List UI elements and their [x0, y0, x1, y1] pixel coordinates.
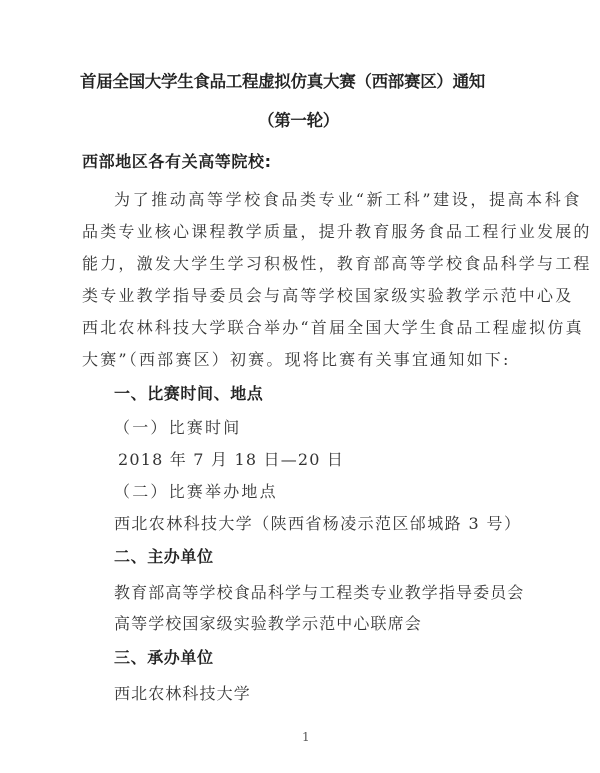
intro-line: 能力，激发大学生学习积极性，教育部高等学校食品科学与工程 [82, 254, 592, 274]
subsection-heading: （一）比赛时间 [114, 418, 241, 438]
intro-line: 西北农林科技大学联合举办“首届全国大学生食品工程虚拟仿真 [82, 318, 584, 338]
competition-venue: 西北农林科技大学（陕西省杨凌示范区邰城路 3 号） [114, 514, 521, 534]
intro-line: 品类专业核心课程教学质量，提升教育服务食品工程行业发展的 [82, 222, 592, 242]
host-item: 西北农林科技大学 [114, 684, 251, 704]
intro-line: 为了推动高等学校食品类专业“新工科”建设，提高本科食 [114, 190, 582, 210]
section-heading: 一、比赛时间、地点 [114, 384, 263, 404]
intro-line: 类专业教学指导委员会与高等学校国家级实验教学示范中心及 [82, 286, 573, 306]
page-number: 1 [302, 730, 310, 744]
organizer-item: 教育部高等学校食品科学与工程类专业教学指导委员会 [114, 583, 524, 603]
section-heading: 三、承办单位 [114, 648, 214, 668]
subsection-heading: （二）比赛举办地点 [114, 482, 278, 502]
document-page: 首届全国大学生食品工程虚拟仿真大赛（西部赛区）通知 （第一轮） 西部地区各有关高… [0, 0, 600, 773]
intro-line: 大赛”（西部赛区）初赛。现将比赛有关事宜通知如下: [82, 350, 511, 370]
organizer-item: 高等学校国家级实验教学示范中心联席会 [114, 614, 422, 634]
section-heading: 二、主办单位 [114, 547, 214, 567]
document-title: 首届全国大学生食品工程虚拟仿真大赛（西部赛区）通知 [80, 72, 485, 92]
document-subtitle: （第一轮） [258, 111, 339, 131]
salutation: 西部地区各有关高等院校: [82, 152, 272, 172]
competition-dates: 2018 年 7 月 18 日—20 日 [118, 450, 344, 470]
